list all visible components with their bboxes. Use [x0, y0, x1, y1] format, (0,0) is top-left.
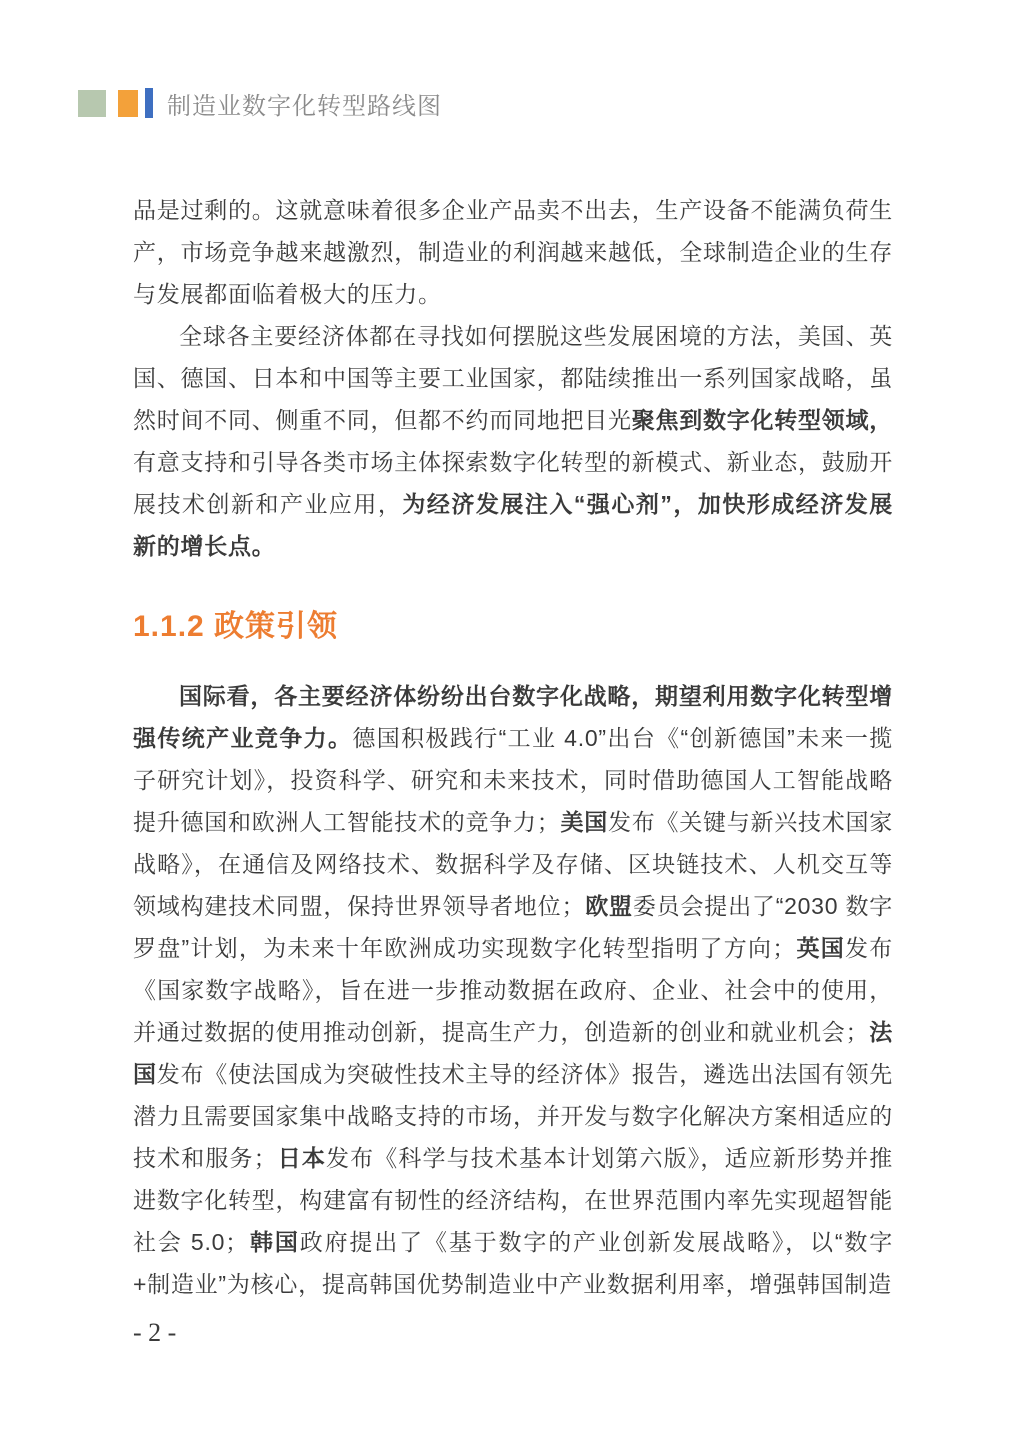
page-number: - 2 -	[133, 1318, 176, 1348]
bold-text-segment: 日本	[277, 1145, 326, 1171]
bold-text-segment: 美国	[561, 809, 609, 835]
section-heading-1-1-2: 1.1.2 政策引领	[133, 605, 893, 649]
page-content: 品是过剩的。这就意味着很多企业产品卖不出去，生产设备不能满负荷生产，市场竞争越来…	[133, 189, 893, 1305]
bold-text-segment: 聚焦到数字化转型领域，	[632, 407, 893, 433]
paragraph-international-policies: 国际看，各主要经济体纷纷出台数字化战略，期望利用数字化转型增强传统产业竞争力。德…	[133, 675, 893, 1305]
header-blue-bar-icon	[145, 88, 153, 118]
paragraph-global-economies: 全球各主要经济体都在寻找如何摆脱这些发展困境的方法，美国、英国、德国、日本和中国…	[133, 315, 893, 567]
bold-text-segment: 欧盟	[585, 893, 633, 919]
header-green-square-icon	[78, 90, 106, 117]
document-page: 制造业数字化转型路线图 品是过剩的。这就意味着很多企业产品卖不出去，生产设备不能…	[0, 0, 1024, 1431]
bold-text-segment: 英国	[796, 935, 845, 961]
bold-text-segment: 韩国	[249, 1229, 300, 1255]
header-orange-square-icon	[118, 90, 138, 117]
header-title: 制造业数字化转型路线图	[167, 86, 442, 121]
paragraph-continuation: 品是过剩的。这就意味着很多企业产品卖不出去，生产设备不能满负荷生产，市场竞争越来…	[133, 189, 893, 315]
page-header: 制造业数字化转型路线图	[78, 86, 442, 120]
